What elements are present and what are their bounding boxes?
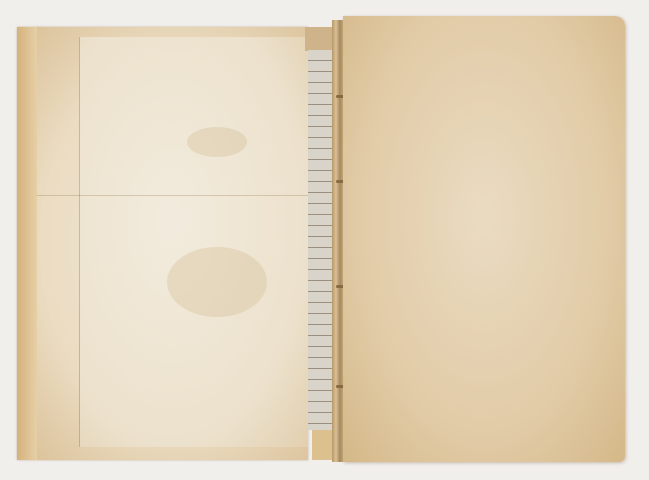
left-margin-strip <box>17 27 37 460</box>
right-page <box>343 16 625 462</box>
stain <box>167 247 267 317</box>
script-strip-bottom <box>312 430 332 460</box>
script-strip-top <box>305 27 333 51</box>
left-inner-sheet <box>79 37 308 447</box>
handwritten-script-strip <box>308 50 332 430</box>
stain <box>187 127 247 157</box>
fold-line <box>37 195 308 196</box>
left-page <box>17 27 308 460</box>
